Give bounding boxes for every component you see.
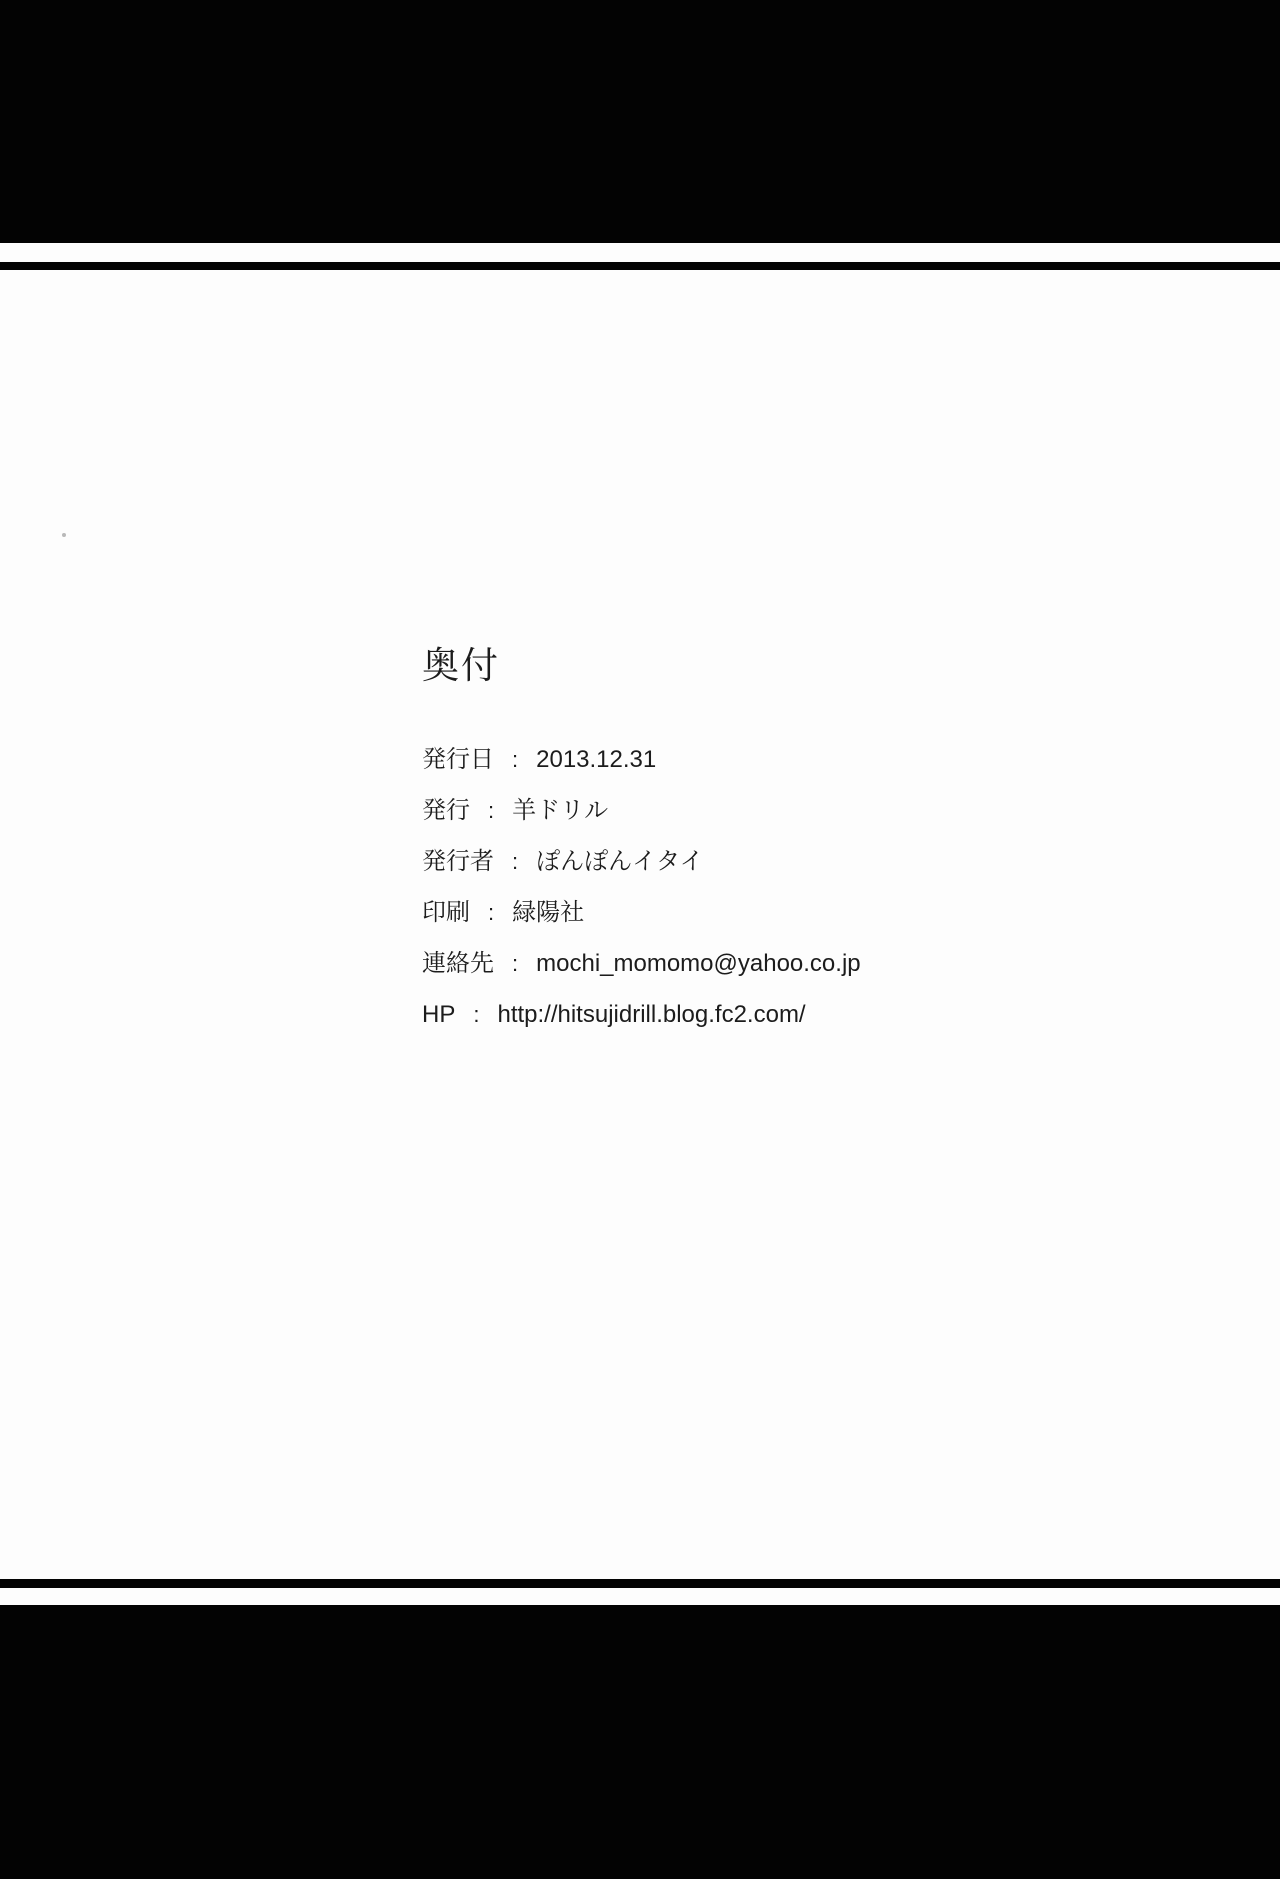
separator: : <box>512 847 518 877</box>
row-printer: 印刷 : 緑陽社 <box>422 898 1062 928</box>
publisher-value: ぽんぽんイタイ <box>536 847 704 877</box>
scan-artifact-speck <box>62 533 66 537</box>
colophon-info-list: 発行日 : 2013.12.31 発行 : 羊ドリル 発行者 : ぽんぽんイタイ… <box>422 745 1062 1051</box>
contact-email-value: mochi_momomo@yahoo.co.jp <box>536 949 861 979</box>
publisher-label: 発行者 <box>422 847 494 877</box>
row-publisher: 発行者 : ぽんぽんイタイ <box>422 847 1062 877</box>
printer-label: 印刷 <box>422 898 470 928</box>
contact-label: 連絡先 <box>422 949 494 979</box>
circle-label: 発行 <box>422 796 470 826</box>
printer-value: 緑陽社 <box>512 898 584 928</box>
bottom-border-rule <box>0 1579 1280 1588</box>
top-scanner-band <box>0 0 1280 243</box>
row-homepage: HP : http://hitsujidrill.blog.fc2.com/ <box>422 1000 1062 1030</box>
homepage-url-value: http://hitsujidrill.blog.fc2.com/ <box>497 1000 805 1030</box>
row-publication-date: 発行日 : 2013.12.31 <box>422 745 1062 775</box>
colophon-title: 奥付 <box>422 644 500 688</box>
scanned-colophon-page: { "colors": { "paper": "#fdfdfd", "ink":… <box>0 0 1280 1879</box>
separator: : <box>512 949 518 979</box>
separator: : <box>473 1000 479 1030</box>
top-border-rule <box>0 262 1280 270</box>
publication-date-label: 発行日 <box>422 745 494 775</box>
separator: : <box>488 796 494 826</box>
row-circle: 発行 : 羊ドリル <box>422 796 1062 826</box>
separator: : <box>512 745 518 775</box>
publication-date-value: 2013.12.31 <box>536 745 656 775</box>
separator: : <box>488 898 494 928</box>
row-contact: 連絡先 : mochi_momomo@yahoo.co.jp <box>422 949 1062 979</box>
circle-value: 羊ドリル <box>512 796 608 826</box>
bottom-scanner-band <box>0 1605 1280 1879</box>
homepage-label: HP <box>422 1000 455 1030</box>
